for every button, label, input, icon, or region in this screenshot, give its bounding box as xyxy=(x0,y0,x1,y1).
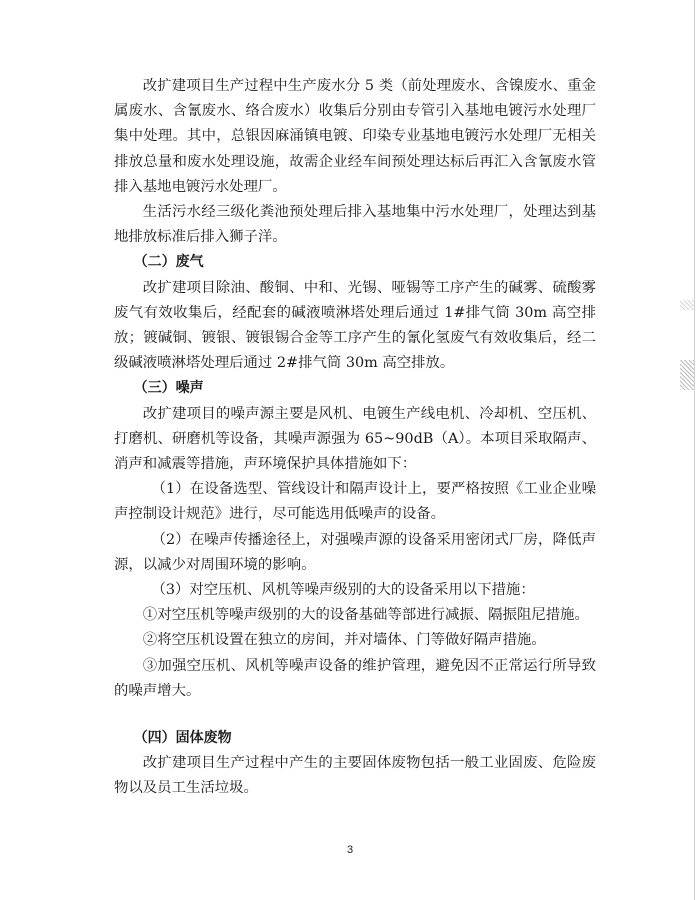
heading-solid-waste: （四）固体废物 xyxy=(114,726,596,751)
paragraph-wastewater-2: 生活污水经三级化粪池预处理后排入基地集中污水处理厂，处理达到基地排放标准后排入狮… xyxy=(114,200,596,250)
paragraph-wastewater-1: 改扩建项目生产过程中生产废水分 5 类（前处理废水、含镍废水、重金属废水、含氰废… xyxy=(114,74,596,200)
page-number: 3 xyxy=(0,844,700,856)
paragraph-waste-gas: 改扩建项目除油、酸铜、中和、光锡、哑锡等工序产生的碱雾、硫酸雾废气有效收集后，经… xyxy=(114,276,596,377)
noise-measure-1: （1）在设备选型、管线设计和隔声设计上，要严格按照《工业企业噪声控制设计规范》进… xyxy=(114,477,596,527)
scan-edge-line xyxy=(694,0,695,900)
paragraph-solid-waste: 改扩建项目生产过程中产生的主要固体废物包括一般工业固废、危险废物以及员工生活垃圾… xyxy=(114,751,596,801)
heading-waste-gas: （二）废气 xyxy=(114,250,596,275)
scan-edge-mark xyxy=(680,300,694,310)
noise-measure-2: （2）在噪声传播途径上，对强噪声源的设备采用密闭式厂房，降低声源，以减少对周围环… xyxy=(114,528,596,578)
noise-measure-3: （3）对空压机、风机等噪声级别的大的设备采用以下措施： xyxy=(114,578,596,603)
noise-sub-measure-2: ②将空压机设置在独立的房间，并对墙体、门等做好隔声措施。 xyxy=(114,628,596,653)
noise-sub-measure-3: ③加强空压机、风机等噪声设备的维护管理，避免因不正常运行所导致的噪声增大。 xyxy=(114,654,596,704)
document-page: 改扩建项目生产过程中生产废水分 5 类（前处理废水、含镍废水、重金属废水、含氰废… xyxy=(114,74,596,802)
paragraph-noise-intro: 改扩建项目的噪声源主要是风机、电镀生产线电机、冷却机、空压机、打磨机、研磨机等设… xyxy=(114,402,596,478)
section-spacer xyxy=(114,704,596,726)
scan-edge-mark xyxy=(680,360,694,390)
heading-noise: （三）噪声 xyxy=(114,376,596,401)
noise-sub-measure-1: ①对空压机等噪声级别的大的设备基础等部进行减振、隔振阻尼措施。 xyxy=(114,603,596,628)
